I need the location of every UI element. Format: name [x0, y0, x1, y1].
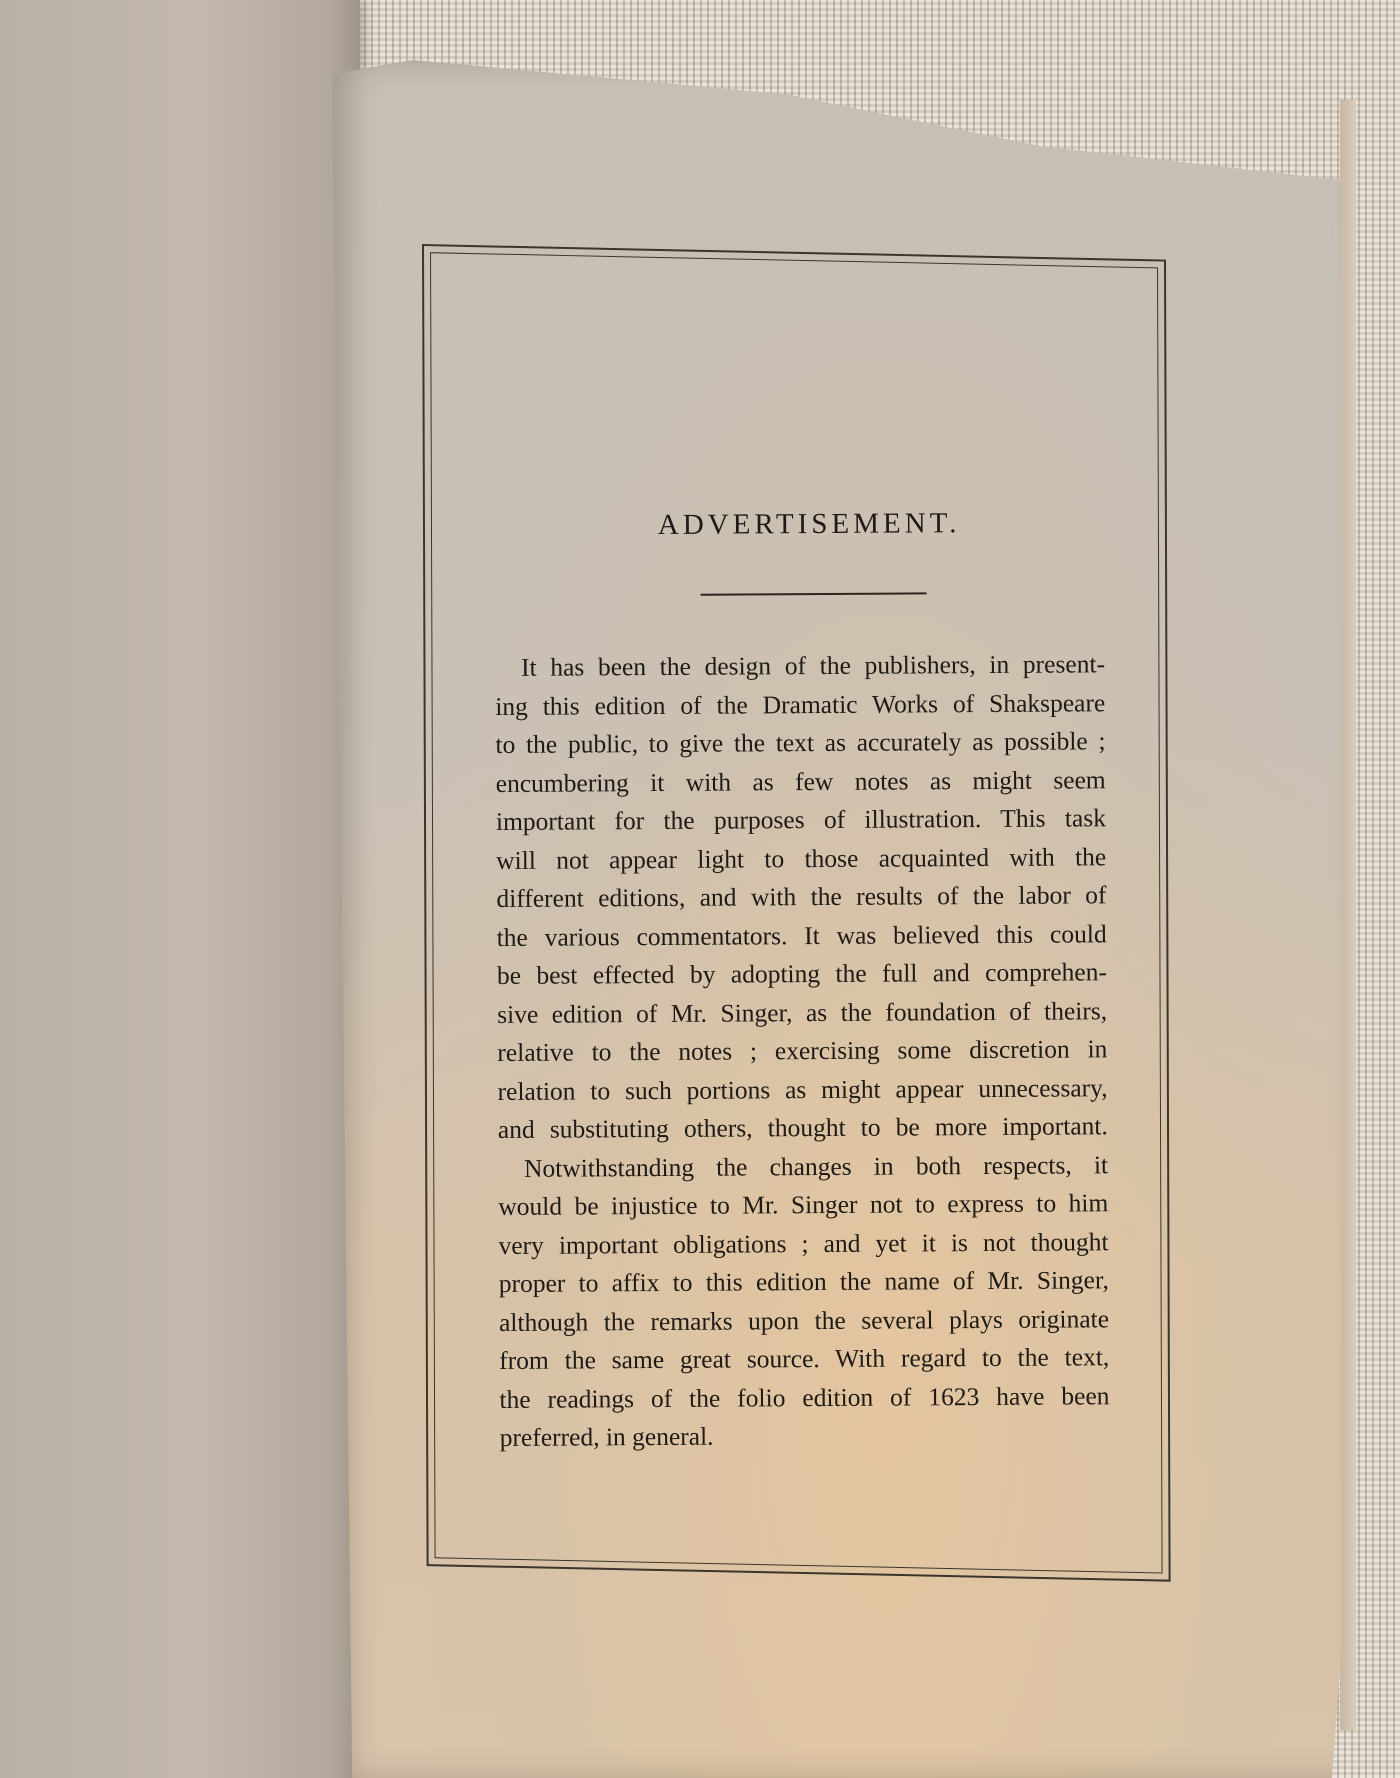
- text-line: proper to affix to this edition the name…: [499, 1261, 1109, 1303]
- text-line: will not appear light to those acquainte…: [496, 838, 1106, 880]
- text-line: from the same great source. With regard …: [499, 1338, 1109, 1380]
- text-line: Notwithstanding the changes in both resp…: [498, 1146, 1108, 1188]
- text-line: to the public, to give the text as accur…: [495, 722, 1105, 764]
- text-line: sive edition of Mr. Singer, as the found…: [497, 992, 1107, 1034]
- text-line: ing this edition of the Dramatic Works o…: [495, 684, 1105, 726]
- left-page: [0, 0, 360, 1778]
- text-line: the various commentators. It was believe…: [497, 915, 1107, 957]
- text-line: be best effected by adopting the full an…: [497, 953, 1107, 995]
- page-content: ADVERTISEMENT. It has been the design of…: [494, 496, 1110, 1457]
- text-line: It has been the design of the publishers…: [495, 645, 1105, 687]
- page-edge: [1340, 100, 1356, 1730]
- text-line: important for the purposes of illustrati…: [496, 799, 1106, 841]
- text-line: very important obligations ; and yet it …: [498, 1223, 1108, 1265]
- paragraph-2: Notwithstanding the changes in both resp…: [498, 1146, 1110, 1458]
- text-line: the readings of the folio edition of 162…: [499, 1377, 1109, 1419]
- page-title: ADVERTISEMENT.: [494, 506, 1104, 543]
- text-line: relative to the notes ; exercising some …: [497, 1030, 1107, 1072]
- text-line: encumbering it with as few notes as migh…: [496, 761, 1106, 803]
- text-line: different editions, and with the results…: [496, 876, 1106, 918]
- paragraph-1: It has been the design of the publishers…: [495, 645, 1108, 1149]
- text-line: would be injustice to Mr. Singer not to …: [498, 1184, 1108, 1226]
- text-line: although the remarks upon the several pl…: [499, 1300, 1109, 1342]
- text-line: relation to such portions as might appea…: [497, 1069, 1107, 1111]
- title-rule: [701, 592, 927, 595]
- text-line: preferred, in general.: [500, 1415, 1110, 1457]
- text-line: and substituting others, thought to be m…: [498, 1107, 1108, 1149]
